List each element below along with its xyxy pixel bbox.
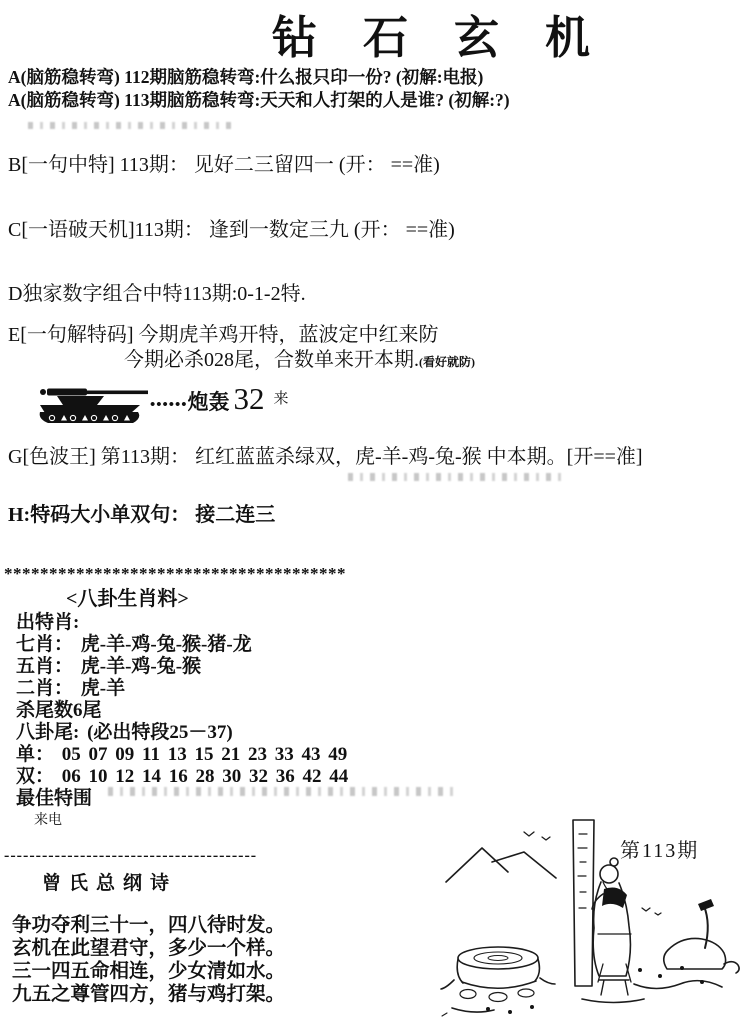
poem-line-1: 争功夺利三十一，四八待时发。 [12,914,285,938]
riddle-line-112: A(脑筋稳转弯) 112期脑筋稳转弯:什么报只印一份? (初解:电报) [8,64,483,89]
tip-line-e2: 今期必杀028尾，合数单来开本期.(看好就防) [124,343,475,372]
cannon-blast-label: 炮轰 [188,386,230,416]
scanned-tip-sheet: 钻石玄机 A(脑筋稳转弯) 112期脑筋稳转弯:什么报只印一份? (初解:电报)… [0,0,744,1024]
tip-line-g: G[色波王] 第113期： 红红蓝蓝杀绿双，虎-羊-鸡-兔-猴 中本期。[开==… [8,440,643,469]
erased-text-artifact [108,787,453,796]
star-divider: ************************************** [4,565,346,582]
tank-icon [30,383,148,425]
cannon-blast-number: 32 [234,381,265,417]
tip-line-e2-note: (看好就防) [419,355,475,369]
tip-line-c: C[一语破天机]113期： 逢到一数定三九 (开： ==准) [8,213,455,242]
bagua-line-best-range: 最佳特围 [16,783,92,810]
tip-line-h: H:特码大小单双句： 接二连三 [8,498,275,527]
tip-line-d: D独家数字组合中特113期:0-1-2特. [8,277,306,306]
page-title: 钻石玄机 [272,16,636,61]
erased-text-artifact [348,473,566,481]
cannon-blast-suffix: 来 [274,387,289,408]
cannon-shell-dots: •••••• [150,397,188,414]
erased-text-artifact [28,122,236,129]
riddle-line-113: A(脑筋稳转弯) 113期脑筋稳转弯:天天和人打架的人是谁? (初解:?) [8,87,510,112]
dashed-divider: ---------------------------------------- [4,848,296,864]
poem-line-4: 九五之尊管四方，猪与鸡打架。 [12,983,285,1007]
tip-line-e2-text: 今期必杀028尾，合数单来开本期. [124,349,419,371]
poem-line-3: 三一四五命相连，少女清如水。 [12,960,285,984]
cannon-blast-line: •••••• 炮轰 32 来 [150,381,289,417]
laidian-note: 来电 [34,809,62,829]
poem-title: 曾氏总纲诗 [42,868,177,895]
tip-line-b: B[一句中特] 113期： 见好二三留四一 (开： ==准) [8,148,440,177]
issue-number-label: 第113期 [620,834,699,863]
bagua-section-header: <八卦生肖料> [66,582,189,611]
tank-illustration [30,383,148,425]
poem-line-2: 玄机在此望君守，多少一个样。 [12,937,285,961]
